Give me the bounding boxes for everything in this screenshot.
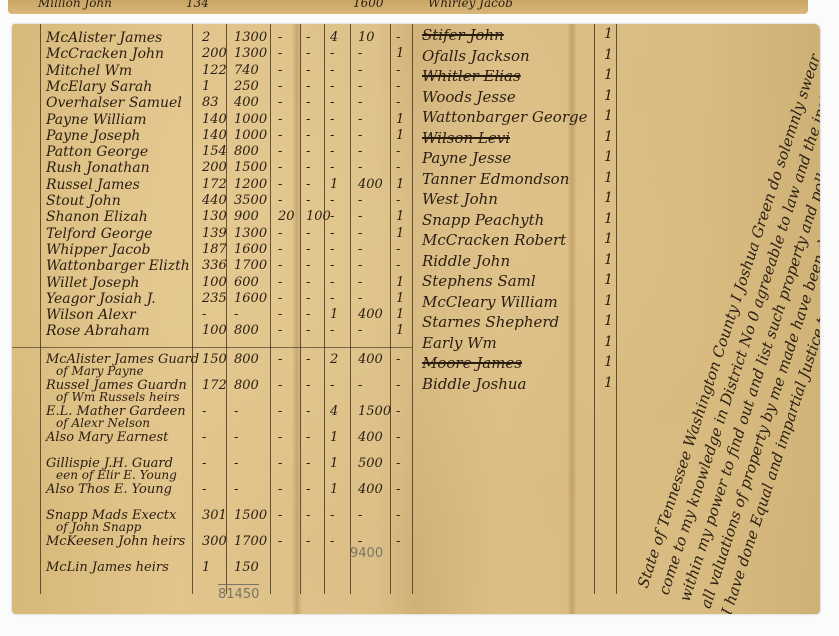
list-item-name: Whitler Elias bbox=[422, 67, 521, 85]
cell-c4: - bbox=[306, 242, 310, 257]
cell-c6: - bbox=[358, 144, 362, 159]
cell-c6: - bbox=[358, 209, 362, 224]
cell-c3: - bbox=[278, 128, 282, 143]
cell-c3: - bbox=[278, 95, 282, 110]
cell-c6: 400 bbox=[358, 482, 383, 497]
cell-c7: - bbox=[396, 79, 400, 94]
taxpayer-name: Yeagor Josiah J. bbox=[46, 291, 156, 307]
guardian-ward: of Mary Payne bbox=[56, 364, 144, 378]
cell-value: 800 bbox=[234, 323, 259, 338]
taxpayer-name: Shanon Elizah bbox=[46, 209, 148, 225]
list-item-value: 1 bbox=[604, 354, 613, 370]
list-item-value: 1 bbox=[604, 293, 613, 309]
cell-value: 150 bbox=[234, 560, 259, 575]
cell-c3: - bbox=[278, 534, 282, 549]
taxpayer-name: McCracken John bbox=[46, 46, 164, 62]
cell-c7: - bbox=[396, 95, 400, 110]
taxpayer-name: Rose Abraham bbox=[46, 323, 150, 339]
cell-c6: - bbox=[358, 291, 362, 306]
cell-acres: 200 bbox=[202, 160, 227, 175]
guardian-name: Also Thos E. Young bbox=[46, 482, 172, 497]
taxpayer-name: McElary Sarah bbox=[46, 79, 152, 95]
cell-c4: - bbox=[306, 404, 310, 419]
cell-c6: - bbox=[358, 128, 362, 143]
cell-acres: 440 bbox=[202, 193, 227, 208]
cell-c4: - bbox=[306, 534, 310, 549]
cell-c4: - bbox=[306, 352, 310, 367]
cell-c7: - bbox=[396, 456, 400, 471]
cell-value: - bbox=[234, 456, 238, 471]
cell-value: 1300 bbox=[234, 30, 267, 45]
cell-c3: - bbox=[278, 79, 282, 94]
cell-c3: - bbox=[278, 404, 282, 419]
cell-c3: - bbox=[278, 63, 282, 78]
list-item-name: West John bbox=[422, 190, 498, 208]
cell-c4: - bbox=[306, 160, 310, 175]
cell-c3: - bbox=[278, 144, 282, 159]
cell-c7: - bbox=[396, 30, 400, 45]
oath-text: State of Tennessee Washington County I J… bbox=[632, 51, 820, 614]
cell-c3: - bbox=[278, 258, 282, 273]
section-divider bbox=[12, 347, 412, 348]
guardian-row: Also Thos E. Young----1400- bbox=[12, 482, 412, 508]
guardian-name: McKeesen John heirs bbox=[46, 534, 185, 549]
taxpayer-name: Payne Joseph bbox=[46, 128, 140, 144]
cell-acres: 154 bbox=[202, 144, 227, 159]
list-item-name: McCleary William bbox=[422, 293, 558, 311]
cell-c7: 1 bbox=[396, 177, 404, 192]
cell-c6: 500 bbox=[358, 456, 383, 471]
guardian-name: Also Mary Earnest bbox=[46, 430, 168, 445]
cell-value: - bbox=[234, 430, 238, 445]
cell-acres: 301 bbox=[202, 508, 227, 523]
guardian-row: McAlister James Guardof Mary Payne150800… bbox=[12, 352, 412, 378]
cell-c5: - bbox=[330, 323, 334, 338]
cell-c6: - bbox=[358, 193, 362, 208]
cell-c3: - bbox=[278, 112, 282, 127]
cell-c5: - bbox=[330, 258, 334, 273]
cell-c5: - bbox=[330, 508, 334, 523]
cell-acres: - bbox=[202, 430, 206, 445]
guardian-ward: of Wm Russels heirs bbox=[56, 390, 180, 404]
guardian-row: E.L. Mather Gardeenof Alexr Nelson----41… bbox=[12, 404, 412, 430]
cell-c7: - bbox=[396, 430, 400, 445]
cell-c5: - bbox=[330, 112, 334, 127]
list-item-name: Early Wm bbox=[422, 334, 497, 352]
guardian-row: Also Mary Earnest----1400- bbox=[12, 430, 412, 456]
taxpayer-name: Wilson Alexr bbox=[46, 307, 136, 323]
cell-acres: 200 bbox=[202, 46, 227, 61]
cell-value: 1600 bbox=[234, 291, 267, 306]
list-item-value: 1 bbox=[604, 252, 613, 268]
cell-value: - bbox=[234, 404, 238, 419]
cell-acres: - bbox=[202, 307, 206, 322]
guardian-row: Russel James Guardnof Wm Russels heirs17… bbox=[12, 378, 412, 404]
taxpayer-name: McAlister James bbox=[46, 30, 162, 46]
cell-c3: - bbox=[278, 30, 282, 45]
cell-acres: 172 bbox=[202, 177, 227, 192]
strip-left-name: Million John bbox=[38, 0, 112, 10]
list-item-name: Biddle Joshua bbox=[422, 375, 526, 393]
cell-c7: - bbox=[396, 352, 400, 367]
cell-c7: - bbox=[396, 193, 400, 208]
cell-c3: - bbox=[278, 323, 282, 338]
cell-value: 800 bbox=[234, 352, 259, 367]
cell-acres: 140 bbox=[202, 112, 227, 127]
cell-c4: - bbox=[306, 112, 310, 127]
cell-c3: - bbox=[278, 378, 282, 393]
cell-c6: - bbox=[358, 508, 362, 523]
list-item-name: Tanner Edmondson bbox=[422, 170, 569, 188]
cell-c3: - bbox=[278, 307, 282, 322]
cell-value: 1300 bbox=[234, 46, 267, 61]
cell-acres: 139 bbox=[202, 226, 227, 241]
cell-c3: - bbox=[278, 46, 282, 61]
cell-c4: - bbox=[306, 323, 310, 338]
cell-value: 1000 bbox=[234, 112, 267, 127]
cell-c7: 1 bbox=[396, 128, 404, 143]
taxpayer-name: Whipper Jacob bbox=[46, 242, 150, 258]
guardian-name: McLin James heirs bbox=[46, 560, 169, 575]
cell-c4: - bbox=[306, 177, 310, 192]
strip-right-name: Whirley Jacob bbox=[428, 0, 513, 10]
cell-c6: - bbox=[358, 323, 362, 338]
taxpayer-name: Rush Jonathan bbox=[46, 160, 150, 176]
cell-value: - bbox=[234, 307, 238, 322]
strip-middle-value: 1600 bbox=[353, 0, 384, 10]
cell-acres: 140 bbox=[202, 128, 227, 143]
cell-c5: 1 bbox=[330, 307, 338, 322]
cell-c4: - bbox=[306, 79, 310, 94]
cell-c4: - bbox=[306, 456, 310, 471]
cell-acres: - bbox=[202, 404, 206, 419]
guardian-row: Snapp Mads Exectxof John Snapp3011500---… bbox=[12, 508, 412, 534]
list-item-name: Starnes Shepherd bbox=[422, 313, 559, 331]
cell-c6: - bbox=[358, 95, 362, 110]
cell-c3: - bbox=[278, 456, 282, 471]
cell-c7: 1 bbox=[396, 275, 404, 290]
cell-c4: - bbox=[306, 508, 310, 523]
cell-c3: - bbox=[278, 160, 282, 175]
cell-c6: 10 bbox=[358, 30, 375, 45]
cell-c3: - bbox=[278, 275, 282, 290]
cell-value: 900 bbox=[234, 209, 259, 224]
list-item-value: 1 bbox=[604, 231, 613, 247]
cell-c5: - bbox=[330, 46, 334, 61]
taxpayer-name: Mitchel Wm bbox=[46, 63, 132, 79]
cell-c4: 100 bbox=[306, 209, 331, 224]
cell-c4: - bbox=[306, 46, 310, 61]
cell-c6: 1500 bbox=[358, 404, 391, 419]
rule-line bbox=[616, 24, 617, 594]
cell-c5: 4 bbox=[330, 30, 338, 45]
cell-c4: - bbox=[306, 95, 310, 110]
cell-c6: - bbox=[358, 378, 362, 393]
cell-c4: - bbox=[306, 275, 310, 290]
list-item-name: Stifer John bbox=[422, 26, 504, 44]
cell-c4: - bbox=[306, 128, 310, 143]
cell-c7: - bbox=[396, 534, 400, 549]
cell-c4: - bbox=[306, 226, 310, 241]
list-item-value: 1 bbox=[604, 88, 613, 104]
cell-value: 1600 bbox=[234, 242, 267, 257]
cell-c6: 400 bbox=[358, 352, 383, 367]
cell-c7: - bbox=[396, 404, 400, 419]
cell-c5: - bbox=[330, 144, 334, 159]
cell-c3: - bbox=[278, 291, 282, 306]
cell-acres: 1 bbox=[202, 79, 210, 94]
guardian-ward: een of Elir E. Young bbox=[56, 468, 177, 482]
list-item-name: Woods Jesse bbox=[422, 88, 516, 106]
cell-c7: 1 bbox=[396, 226, 404, 241]
cell-c6: - bbox=[358, 226, 362, 241]
cell-c3: - bbox=[278, 226, 282, 241]
cell-acres: 1 bbox=[202, 560, 210, 575]
list-item-name: Snapp Peachyth bbox=[422, 211, 544, 229]
cell-c4: - bbox=[306, 307, 310, 322]
cell-acres: 300 bbox=[202, 534, 227, 549]
cell-c7: 1 bbox=[396, 323, 404, 338]
cell-c4: - bbox=[306, 430, 310, 445]
guardian-row: McLin James heirs1150 bbox=[12, 560, 412, 586]
list-item-value: 1 bbox=[604, 170, 613, 186]
cell-c6: - bbox=[358, 63, 362, 78]
cell-value: 1000 bbox=[234, 128, 267, 143]
cell-acres: 2 bbox=[202, 30, 210, 45]
cell-value: 800 bbox=[234, 144, 259, 159]
list-item-value: 1 bbox=[604, 129, 613, 145]
list-item-name: Payne Jesse bbox=[422, 149, 511, 167]
cell-value: 800 bbox=[234, 378, 259, 393]
cell-c7: - bbox=[396, 63, 400, 78]
cell-c5: - bbox=[330, 128, 334, 143]
taxpayer-name: Wattonbarger Elizth bbox=[46, 258, 190, 274]
cell-value: 740 bbox=[234, 63, 259, 78]
cell-c4: - bbox=[306, 144, 310, 159]
cell-value: 600 bbox=[234, 275, 259, 290]
cell-c5: - bbox=[330, 378, 334, 393]
strip-left-value: 134 bbox=[186, 0, 209, 10]
guardian-ward: of John Snapp bbox=[56, 520, 141, 534]
cell-c3: - bbox=[278, 352, 282, 367]
pencil-total-value: 81450 bbox=[218, 584, 259, 602]
cell-c7: - bbox=[396, 482, 400, 497]
cell-c5: 1 bbox=[330, 177, 338, 192]
cell-acres: - bbox=[202, 482, 206, 497]
list-item-value: 1 bbox=[604, 47, 613, 63]
cell-c4: - bbox=[306, 482, 310, 497]
list-item-value: 1 bbox=[604, 334, 613, 350]
list-item-name: McCracken Robert bbox=[422, 231, 566, 249]
cell-c5: 1 bbox=[330, 482, 338, 497]
cell-acres: 100 bbox=[202, 323, 227, 338]
cell-acres: 100 bbox=[202, 275, 227, 290]
rule-line bbox=[412, 24, 413, 594]
list-item-value: 1 bbox=[604, 149, 613, 165]
cell-c5: 2 bbox=[330, 352, 338, 367]
cell-c5: 1 bbox=[330, 456, 338, 471]
cell-acres: 187 bbox=[202, 242, 227, 257]
cell-c7: 1 bbox=[396, 307, 404, 322]
cell-acres: 172 bbox=[202, 378, 227, 393]
cell-c5: - bbox=[330, 226, 334, 241]
list-item-value: 1 bbox=[604, 108, 613, 124]
cell-c5: - bbox=[330, 242, 334, 257]
cell-value: 1500 bbox=[234, 508, 267, 523]
cell-value: - bbox=[234, 482, 238, 497]
cell-acres: 122 bbox=[202, 63, 227, 78]
cell-c5: - bbox=[330, 275, 334, 290]
cell-c6: - bbox=[358, 46, 362, 61]
cell-c6: 400 bbox=[358, 430, 383, 445]
list-item-name: Wattonbarger George bbox=[422, 108, 587, 126]
list-item-value: 1 bbox=[604, 272, 613, 288]
cell-value: 1700 bbox=[234, 258, 267, 273]
cell-c5: - bbox=[330, 160, 334, 175]
cell-acres: 130 bbox=[202, 209, 227, 224]
list-item-value: 1 bbox=[604, 67, 613, 83]
cell-c7: - bbox=[396, 144, 400, 159]
cell-acres: 83 bbox=[202, 95, 219, 110]
cell-c3: 20 bbox=[278, 209, 295, 224]
cell-acres: - bbox=[202, 456, 206, 471]
cell-c3: - bbox=[278, 193, 282, 208]
cell-c6: 400 bbox=[358, 307, 383, 322]
cell-value: 1700 bbox=[234, 534, 267, 549]
list-item-value: 1 bbox=[604, 190, 613, 206]
list-item-name: Riddle John bbox=[422, 252, 510, 270]
guardian-ward: of Alexr Nelson bbox=[56, 416, 150, 430]
cell-c6: - bbox=[358, 242, 362, 257]
cell-c4: - bbox=[306, 258, 310, 273]
cell-c6: - bbox=[358, 112, 362, 127]
cell-c6: - bbox=[358, 258, 362, 273]
cell-c5: - bbox=[330, 79, 334, 94]
cell-c3: - bbox=[278, 508, 282, 523]
cell-c7: - bbox=[396, 258, 400, 273]
cell-value: 3500 bbox=[234, 193, 267, 208]
list-item-value: 1 bbox=[604, 211, 613, 227]
taxpayer-name: Patton George bbox=[46, 144, 148, 160]
pencil-total-slaves: 9400 bbox=[350, 546, 383, 561]
cell-c5: - bbox=[330, 534, 334, 549]
list-item-name: Wilson Levi bbox=[422, 129, 510, 147]
cell-c5: - bbox=[330, 95, 334, 110]
cell-c4: - bbox=[306, 193, 310, 208]
cell-c7: - bbox=[396, 508, 400, 523]
cell-c3: - bbox=[278, 177, 282, 192]
rule-line bbox=[594, 24, 595, 594]
cell-c6: - bbox=[358, 160, 362, 175]
cell-value: 1300 bbox=[234, 226, 267, 241]
cell-value: 1500 bbox=[234, 160, 267, 175]
cell-value: 250 bbox=[234, 79, 259, 94]
cell-c7: - bbox=[396, 242, 400, 257]
cell-c3: - bbox=[278, 242, 282, 257]
cell-c7: - bbox=[396, 160, 400, 175]
list-item-value: 1 bbox=[604, 26, 613, 42]
cell-value: 400 bbox=[234, 95, 259, 110]
list-item-value: 1 bbox=[604, 313, 613, 329]
taxpayer-name: Telford George bbox=[46, 226, 153, 242]
cell-c7: 1 bbox=[396, 291, 404, 306]
list-item-value: 1 bbox=[604, 375, 613, 391]
cell-c6: 400 bbox=[358, 177, 383, 192]
cell-c5: - bbox=[330, 193, 334, 208]
taxpayer-name: Overhalser Samuel bbox=[46, 95, 182, 111]
cell-c4: - bbox=[306, 378, 310, 393]
list-item-name: Moore James bbox=[422, 354, 522, 372]
cell-value: 1200 bbox=[234, 177, 267, 192]
cell-acres: 150 bbox=[202, 352, 227, 367]
cell-c7: 1 bbox=[396, 209, 404, 224]
cell-c4: - bbox=[306, 30, 310, 45]
cell-c3: - bbox=[278, 430, 282, 445]
cell-c3: - bbox=[278, 482, 282, 497]
guardian-row: Gillispie J.H. Guardeen of Elir E. Young… bbox=[12, 456, 412, 482]
taxpayer-name: Payne William bbox=[46, 112, 146, 128]
list-item-name: Ofalls Jackson bbox=[422, 47, 530, 65]
cell-c5: 4 bbox=[330, 404, 338, 419]
cell-acres: 235 bbox=[202, 291, 227, 306]
table-row: Rose Abraham100800----1 bbox=[12, 323, 412, 345]
cell-c6: - bbox=[358, 275, 362, 290]
cell-acres: 336 bbox=[202, 258, 227, 273]
cell-c5: - bbox=[330, 291, 334, 306]
taxpayer-name: Russel James bbox=[46, 177, 140, 193]
cell-c7: - bbox=[396, 378, 400, 393]
cell-c6: - bbox=[358, 79, 362, 94]
cell-c5: - bbox=[330, 209, 334, 224]
ledger-page: McAlister James21300--410-McCracken John… bbox=[12, 24, 820, 614]
torn-top-strip: Million John 134 1600 Whirley Jacob bbox=[8, 0, 808, 14]
cell-c4: - bbox=[306, 63, 310, 78]
cell-c5: - bbox=[330, 63, 334, 78]
taxpayer-name: Willet Joseph bbox=[46, 275, 139, 291]
cell-c5: 1 bbox=[330, 430, 338, 445]
taxpayer-name: Stout John bbox=[46, 193, 121, 209]
cell-c4: - bbox=[306, 291, 310, 306]
cell-c7: 1 bbox=[396, 112, 404, 127]
cell-c7: 1 bbox=[396, 46, 404, 61]
list-item-name: Stephens Saml bbox=[422, 272, 536, 290]
